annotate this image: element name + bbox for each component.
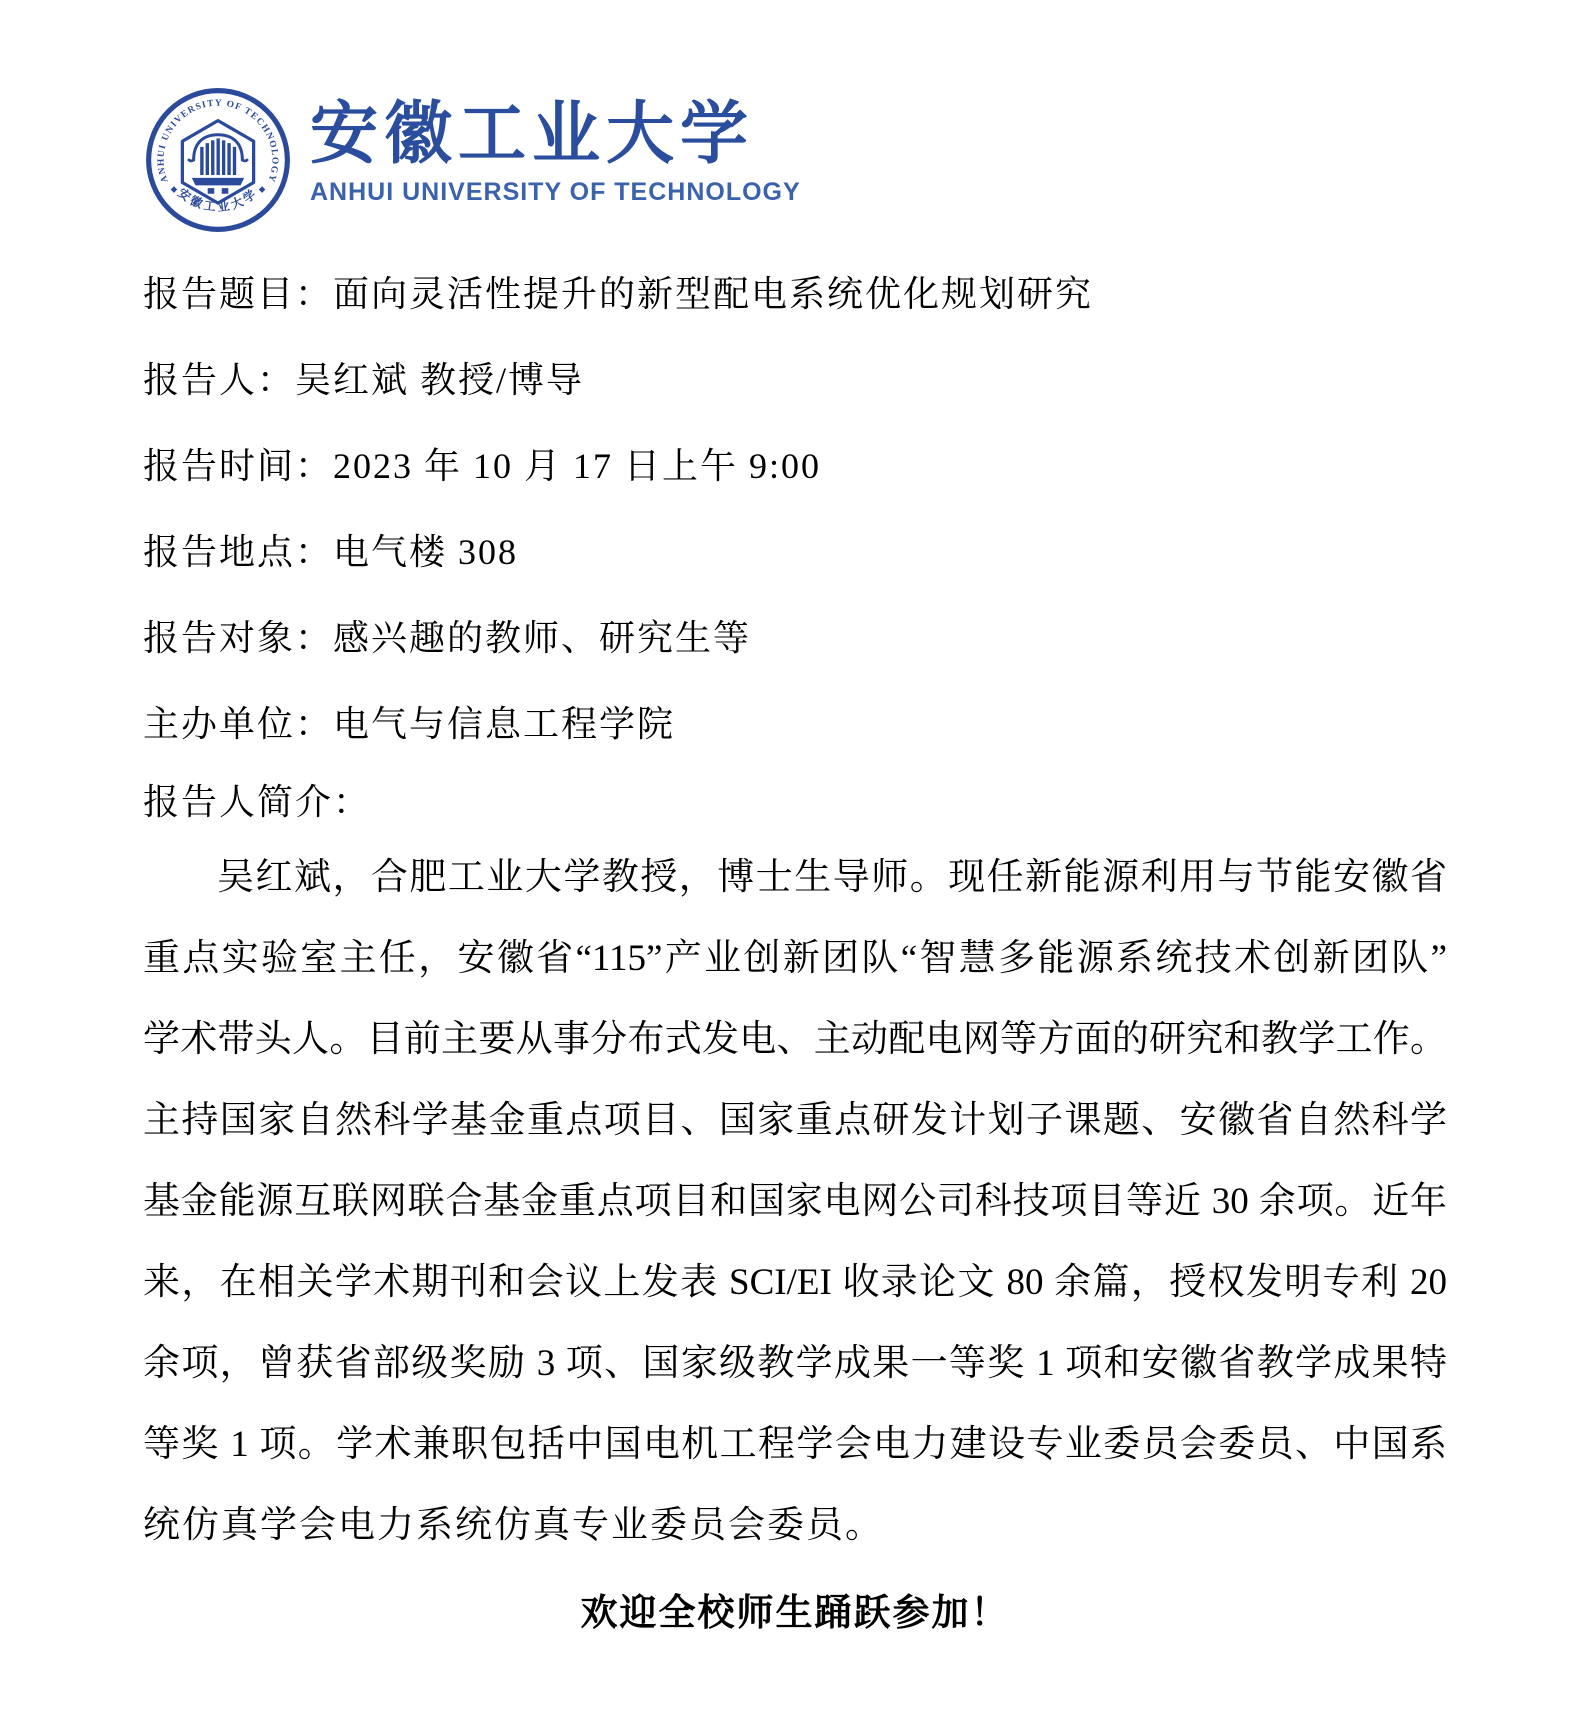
bio-line: 余项，曾获省部级奖励 3 项、国家级教学成果一等奖 1 项和安徽省教学成果特 — [143, 1323, 1447, 1404]
report-audience-line: 报告对象：感兴趣的教师、研究生等 — [143, 595, 1447, 681]
university-wordmark: 安徽工业大学 ANHUI UNIVERSITY OF TECHNOLOGY — [310, 85, 801, 207]
bio-paragraph: 吴红斌，合肥工业大学教授，博士生导师。现任新能源利用与节能安徽省 重点实验室主任… — [143, 837, 1447, 1566]
report-location-line: 报告地点：电气楼 308 — [143, 509, 1447, 595]
bio-heading: 报告人简介： — [143, 767, 1447, 837]
university-name-cn: 安徽工业大学 — [310, 95, 801, 173]
bio-line: 主持国家自然科学基金重点项目、国家重点研发计划子课题、安徽省自然科学 — [143, 1080, 1447, 1161]
announcement-document: ANHUI UNIVERSITY OF TECHNOLOGY 安徽工业大学 — [0, 0, 1587, 1717]
report-title-line: 报告题目：面向灵活性提升的新型配电系统优化规划研究 — [143, 251, 1447, 337]
bio-line: 来，在相关学术期刊和会议上发表 SCI/EI 收录论文 80 余篇，授权发明专利… — [143, 1242, 1447, 1323]
report-organizer-line: 主办单位：电气与信息工程学院 — [143, 681, 1447, 767]
university-name-en: ANHUI UNIVERSITY OF TECHNOLOGY — [310, 177, 801, 207]
bio-line: 吴红斌，合肥工业大学教授，博士生导师。现任新能源利用与节能安徽省 — [143, 837, 1447, 918]
report-info-block: 报告题目：面向灵活性提升的新型配电系统优化规划研究 报告人：吴红斌 教授/博导 … — [143, 251, 1447, 767]
bio-line: 基金能源互联网联合基金重点项目和国家电网公司科技项目等近 30 余项。近年 — [143, 1161, 1447, 1242]
closing-line: 欢迎全校师生踊跃参加！ — [143, 1574, 1447, 1654]
bio-line: 重点实验室主任，安徽省“115”产业创新团队“智慧多能源系统技术创新团队” — [143, 918, 1447, 999]
university-logo: ANHUI UNIVERSITY OF TECHNOLOGY 安徽工业大学 — [143, 85, 1447, 235]
report-speaker-line: 报告人：吴红斌 教授/博导 — [143, 337, 1447, 423]
document-content: ANHUI UNIVERSITY OF TECHNOLOGY 安徽工业大学 — [143, 85, 1447, 1654]
report-time-line: 报告时间：2023 年 10 月 17 日上午 9:00 — [143, 423, 1447, 509]
bio-line: 学术带头人。目前主要从事分布式发电、主动配电网等方面的研究和教学工作。 — [143, 999, 1447, 1080]
bio-line: 等奖 1 项。学术兼职包括中国电机工程学会电力建设专业委员会委员、中国系 — [143, 1404, 1447, 1485]
bio-line: 统仿真学会电力系统仿真专业委员会委员。 — [143, 1485, 1447, 1566]
university-seal-icon: ANHUI UNIVERSITY OF TECHNOLOGY 安徽工业大学 — [143, 85, 293, 235]
